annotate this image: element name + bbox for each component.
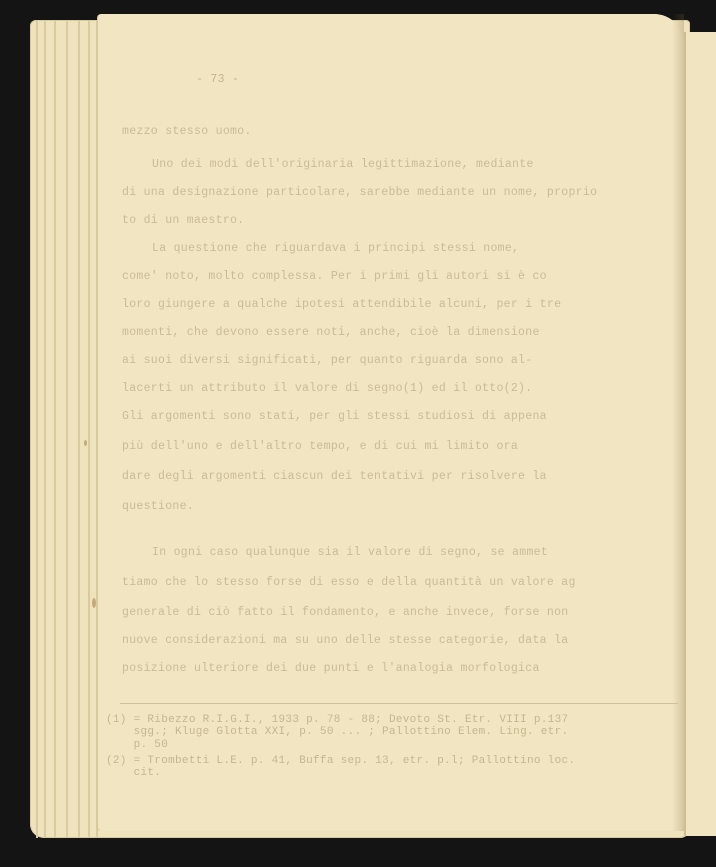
body-line: di una designazione particolare, sarebbe…	[122, 186, 597, 199]
page-edge	[88, 20, 90, 838]
footnote-rule	[120, 703, 678, 704]
body-line: questione.	[122, 500, 194, 513]
page-edge	[36, 20, 38, 838]
facing-page-edge	[684, 32, 716, 836]
body-line: come' noto, molto complessa. Per i primi…	[122, 270, 547, 283]
body-line: lacerti un attributo il valore di segno(…	[122, 382, 532, 395]
body-line: to di un maestro.	[122, 214, 244, 227]
page-number: - 73 -	[196, 73, 239, 86]
body-line: Gli argomenti sono stati, per gli stessi…	[122, 410, 547, 423]
body-line: La questione che riguardava i principi s…	[152, 242, 519, 255]
footnote-line: cit.	[106, 767, 161, 779]
body-line: tiamo che lo stesso forse di esso e dell…	[122, 576, 576, 589]
body-line: più dell'uno e dell'altro tempo, e di cu…	[122, 440, 518, 453]
body-line: dare degli argomenti ciascun dei tentati…	[122, 470, 547, 483]
body-line: loro giungere a qualche ipotesi attendib…	[122, 298, 561, 311]
footnote-line: sgg.; Kluge Glotta XXI, p. 50 ... ; Pall…	[106, 726, 568, 738]
page-edge	[78, 20, 80, 838]
body-line: ai suoi diversi significati, per quanto …	[122, 354, 532, 367]
page-edge	[54, 20, 56, 838]
body-line: In ogni caso qualunque sia il valore di …	[152, 546, 548, 559]
footnote-line: p. 50	[106, 739, 168, 751]
footnote-line: (1) = Ribezzo R.I.G.I., 1933 p. 78 - 88;…	[106, 714, 568, 726]
footnote-line: (2) = Trombetti L.E. p. 41, Buffa sep. 1…	[106, 755, 575, 767]
body-line: generale di ciò fatto il fondamento, e a…	[122, 606, 568, 619]
foxing-stain	[84, 440, 87, 446]
body-line: nuove considerazioni ma su uno delle ste…	[122, 634, 568, 647]
body-line: momenti, che devono essere noti, anche, …	[122, 326, 540, 339]
body-line: Uno dei modi dell'originaria legittimazi…	[152, 158, 534, 171]
body-line: posizione ulteriore dei due punti e l'an…	[122, 662, 540, 675]
page-edge	[66, 20, 68, 838]
page-edge	[44, 20, 46, 838]
body-line: mezzo stesso uomo.	[122, 125, 252, 138]
book-gutter	[672, 14, 684, 831]
foxing-stain	[92, 598, 96, 608]
